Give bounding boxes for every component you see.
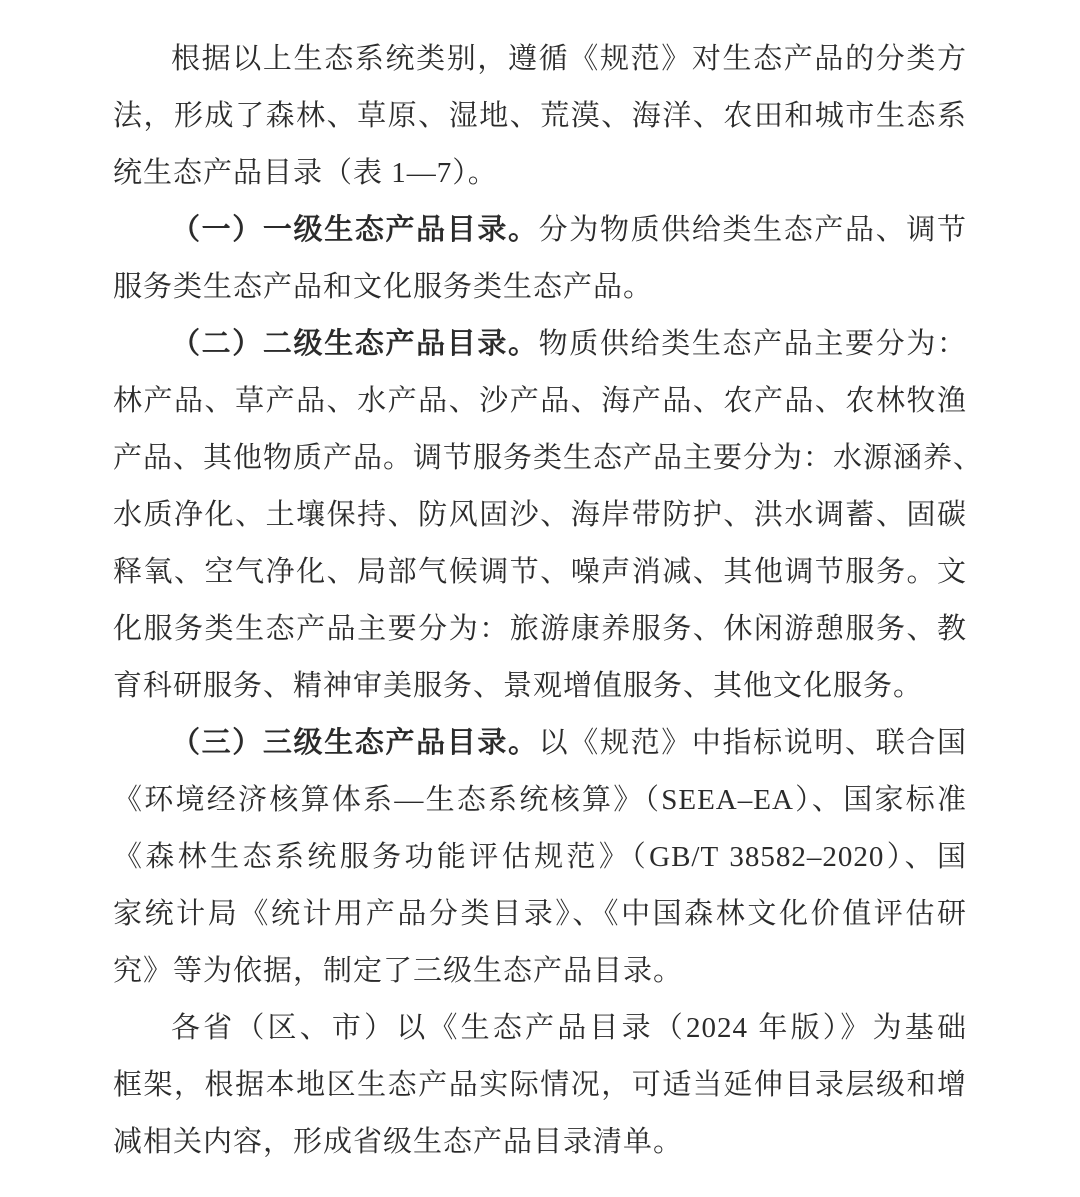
heading-run: （二）二级生态产品目录。: [171, 328, 539, 360]
paragraph: （三）三级生态产品目录。以《规范》中指标说明、联合国《环境经济核算体系—生态系统…: [113, 715, 967, 1000]
text-line: 产品、其他物质产品。调节服务类生态产品主要分为：水源涵养、: [113, 430, 967, 487]
paragraph: （二）二级生态产品目录。物质供给类生态产品主要分为：林产品、草产品、水产品、沙产…: [113, 316, 967, 715]
text-run: 化服务类生态产品主要分为：旅游康养服务、休闲游憩服务、教: [113, 613, 967, 645]
text-run: 《森林生态系统服务功能评估规范》（GB/T 38582–2020）、国: [113, 841, 967, 873]
text-line: 化服务类生态产品主要分为：旅游康养服务、休闲游憩服务、教: [113, 601, 967, 658]
text-line: 释氧、空气净化、局部气候调节、噪声消减、其他调节服务。文: [113, 544, 967, 601]
text-run: 减相关内容，形成省级生态产品目录清单。: [113, 1126, 683, 1158]
document-body: 根据以上生态系统类别，遵循《规范》对生态产品的分类方法，形成了森林、草原、湿地、…: [113, 31, 967, 1171]
text-line: （二）二级生态产品目录。物质供给类生态产品主要分为：: [113, 316, 967, 373]
text-run: 框架，根据本地区生态产品实际情况，可适当延伸目录层级和增: [113, 1069, 967, 1101]
text-line: 《森林生态系统服务功能评估规范》（GB/T 38582–2020）、国: [113, 829, 967, 886]
text-line: （三）三级生态产品目录。以《规范》中指标说明、联合国: [113, 715, 967, 772]
text-run: 育科研服务、精神审美服务、景观增值服务、其他文化服务。: [113, 670, 923, 702]
heading-run: （三）三级生态产品目录。: [171, 727, 539, 759]
text-run: 释氧、空气净化、局部气候调节、噪声消减、其他调节服务。文: [113, 556, 967, 588]
text-run: 服务类生态产品和文化服务类生态产品。: [113, 271, 653, 303]
text-line: 究》等为依据，制定了三级生态产品目录。: [113, 943, 967, 1000]
paragraph: （一）一级生态产品目录。分为物质供给类生态产品、调节服务类生态产品和文化服务类生…: [113, 202, 967, 316]
text-run: 以《规范》中指标说明、联合国: [539, 727, 967, 759]
text-run: 产品、其他物质产品。调节服务类生态产品主要分为：水源涵养、: [113, 442, 967, 474]
text-run: 家统计局《统计用产品分类目录》、《中国森林文化价值评估研: [113, 898, 967, 930]
text-line: 根据以上生态系统类别，遵循《规范》对生态产品的分类方: [113, 31, 967, 88]
text-run: 分为物质供给类生态产品、调节: [539, 214, 967, 246]
text-line: 各省（区、市）以《生态产品目录（2024 年版）》为基础: [113, 1000, 967, 1057]
text-line: 框架，根据本地区生态产品实际情况，可适当延伸目录层级和增: [113, 1057, 967, 1114]
document-page: 根据以上生态系统类别，遵循《规范》对生态产品的分类方法，形成了森林、草原、湿地、…: [0, 0, 1080, 1197]
text-line: （一）一级生态产品目录。分为物质供给类生态产品、调节: [113, 202, 967, 259]
text-run: 物质供给类生态产品主要分为：: [539, 328, 967, 360]
text-line: 《环境经济核算体系—生态系统核算》（SEEA–EA）、国家标准: [113, 772, 967, 829]
paragraph: 根据以上生态系统类别，遵循《规范》对生态产品的分类方法，形成了森林、草原、湿地、…: [113, 31, 967, 202]
text-line: 水质净化、土壤保持、防风固沙、海岸带防护、洪水调蓄、固碳: [113, 487, 967, 544]
text-run: 林产品、草产品、水产品、沙产品、海产品、农产品、农林牧渔: [113, 385, 967, 417]
text-run: 统生态产品目录（表 1—7）。: [113, 157, 498, 189]
heading-run: （一）一级生态产品目录。: [171, 214, 539, 246]
text-run: 各省（区、市）以《生态产品目录（2024 年版）》为基础: [171, 1012, 967, 1044]
text-line: 服务类生态产品和文化服务类生态产品。: [113, 259, 967, 316]
text-line: 法，形成了森林、草原、湿地、荒漠、海洋、农田和城市生态系: [113, 88, 967, 145]
text-run: 法，形成了森林、草原、湿地、荒漠、海洋、农田和城市生态系: [113, 100, 967, 132]
text-run: 根据以上生态系统类别，遵循《规范》对生态产品的分类方: [171, 43, 967, 75]
text-line: 减相关内容，形成省级生态产品目录清单。: [113, 1114, 967, 1171]
text-line: 林产品、草产品、水产品、沙产品、海产品、农产品、农林牧渔: [113, 373, 967, 430]
text-line: 家统计局《统计用产品分类目录》、《中国森林文化价值评估研: [113, 886, 967, 943]
text-run: 究》等为依据，制定了三级生态产品目录。: [113, 955, 683, 987]
text-line: 育科研服务、精神审美服务、景观增值服务、其他文化服务。: [113, 658, 967, 715]
text-line: 统生态产品目录（表 1—7）。: [113, 145, 967, 202]
paragraph: 各省（区、市）以《生态产品目录（2024 年版）》为基础框架，根据本地区生态产品…: [113, 1000, 967, 1171]
text-run: 《环境经济核算体系—生态系统核算》（SEEA–EA）、国家标准: [113, 784, 967, 816]
text-run: 水质净化、土壤保持、防风固沙、海岸带防护、洪水调蓄、固碳: [113, 499, 967, 531]
